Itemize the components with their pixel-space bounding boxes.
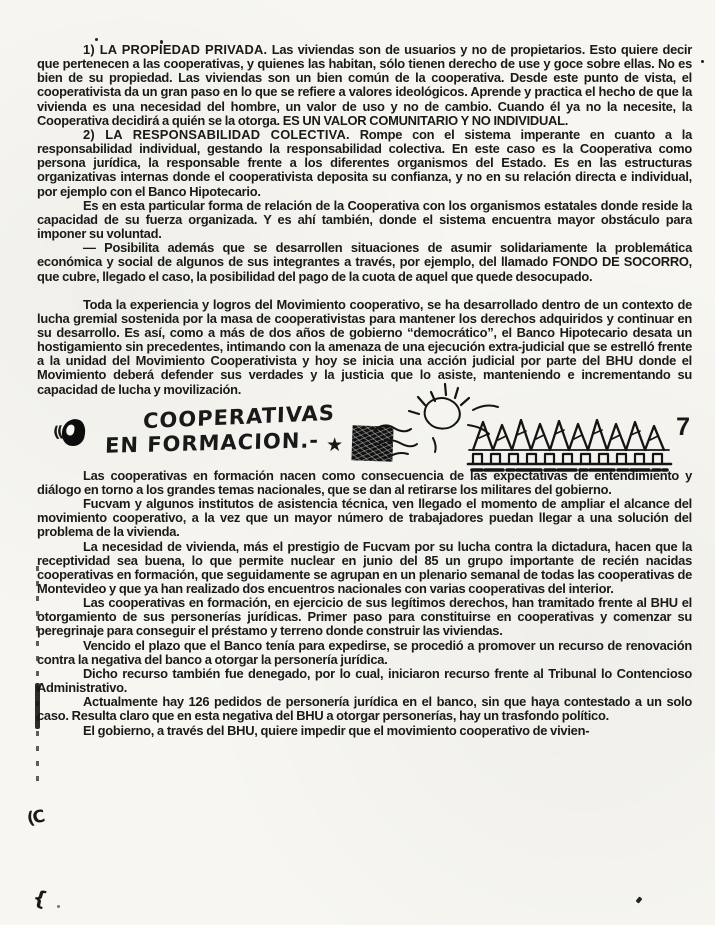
scan-speck [160, 40, 163, 44]
paragraph-text: Fucvam y algunos institutos de asistenci… [37, 496, 692, 539]
paragraph-fucvam-institutos: Fucvam y algunos institutos de asistenci… [37, 497, 692, 539]
paragraph-text: Las cooperativas en formación, en ejerci… [37, 595, 692, 638]
section-divider-illustration: (( COOPERATIVAS EN FORMACION.- ★ [37, 397, 692, 469]
binding-ink-streak [35, 683, 40, 729]
star-icon: ★ [326, 436, 343, 455]
parens-scribble: (( [52, 423, 62, 442]
ink-blot-mark: (( [53, 419, 85, 446]
paragraph-text: — Posibilita además que se desarrollen s… [37, 240, 692, 283]
paragraph-text: La necesidad de vivienda, más el prestig… [37, 539, 692, 596]
paragraph-tramite-personerias: Las cooperativas en formación, en ejerci… [37, 596, 692, 638]
page-number: 7 [676, 413, 690, 442]
scan-speck [701, 60, 704, 63]
ink-curl-mark: { [30, 885, 50, 912]
paragraph-lead: 2) LA RESPONSABILIDAD COLECTIVA. [83, 127, 350, 142]
paragraph-text: Actualmente hay 126 pedidos de personerí… [37, 694, 692, 723]
paragraph-126-pedidos: Actualmente hay 126 pedidos de personerí… [37, 695, 692, 723]
binding-dash-marks [36, 566, 39, 791]
sun-and-tree-fence-drawing [373, 380, 703, 475]
paragraph-text: El gobierno, a través del BHU, quiere im… [83, 723, 589, 738]
ink-blot-icon [60, 417, 87, 447]
paragraph-responsabilidad-colectiva: 2) LA RESPONSABILIDAD COLECTIVA. Rompe c… [37, 128, 692, 199]
scanned-document-page: 1) LA PROPIEDAD PRIVADA. Las viviendas s… [0, 0, 715, 925]
paragraph-text: Es en esta particular forma de relación … [37, 198, 692, 241]
paragraph-text: Vencido el plazo que el Banco tenía para… [37, 638, 692, 667]
scan-speck [57, 905, 60, 908]
scan-speck [95, 38, 98, 41]
scan-speck [636, 896, 643, 903]
paragraph-propiedad-privada: 1) LA PROPIEDAD PRIVADA. Las viviendas s… [37, 43, 692, 128]
paragraph-necesidad-vivienda: La necesidad de vivienda, más el prestig… [37, 540, 692, 597]
paragraph-gobierno-bhu: El gobierno, a través del BHU, quiere im… [37, 724, 692, 738]
paragraph-recurso-denegado: Dicho recurso también fue denegado, por … [37, 667, 692, 695]
paragraph-fondo-de-socorro: — Posibilita además que se desarrollen s… [37, 241, 692, 283]
text-column: 1) LA PROPIEDAD PRIVADA. Las viviendas s… [37, 43, 692, 738]
paragraph-relacion-organismos: Es en esta particular forma de relación … [37, 199, 692, 241]
paragraph-lead: 1) LA PROPIEDAD PRIVADA. [83, 42, 267, 57]
section-heading: COOPERATIVAS EN FORMACION.- ★ [105, 405, 393, 461]
ink-scribble-mark: (C [25, 807, 44, 830]
paragraph-text: Dicho recurso también fue denegado, por … [37, 666, 692, 695]
section-heading-line2: EN FORMACION.- [105, 428, 320, 458]
paragraph-vencido-plazo: Vencido el plazo que el Banco tenía para… [37, 639, 692, 667]
